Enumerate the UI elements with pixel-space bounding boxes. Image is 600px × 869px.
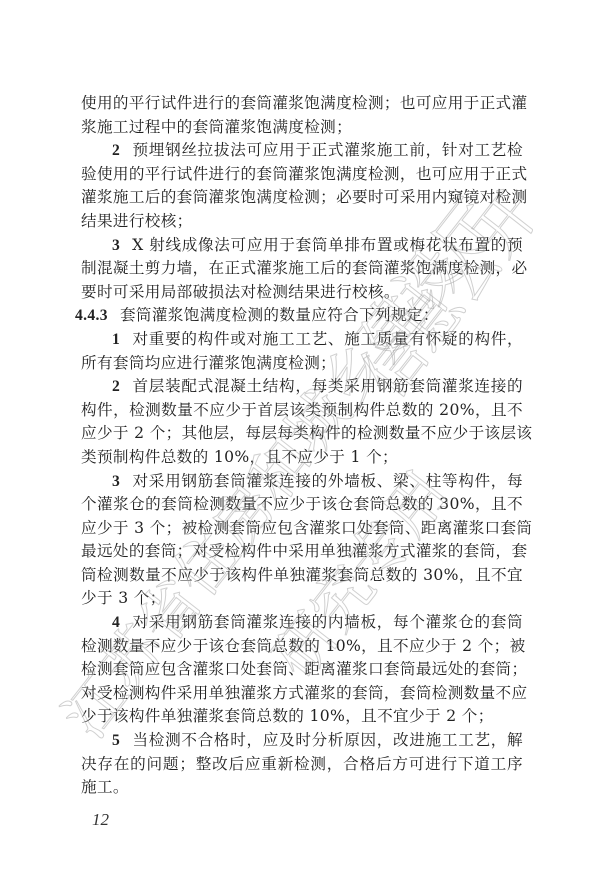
clause-number: 4.4.3 <box>75 307 108 324</box>
item-number: 3 <box>112 473 120 490</box>
text-line: 检测套筒应包含灌浆口处套筒、距离灌浆口套筒最远处的套筒； <box>81 658 523 682</box>
line-text: 浆施工过程中的套筒灌浆饱满度检测； <box>81 118 352 136</box>
line-text: 决存在的问题；整改后应重新检测，合格后方可进行下道工序 <box>81 755 523 773</box>
line-text: 当检测不合格时，应及时分析原因，改进施工工艺，解 <box>132 731 523 749</box>
line-text: 制混凝土剪力墙，在正式灌浆施工后的套筒灌浆饱满度检测，必 <box>81 259 527 277</box>
item-number: 5 <box>112 732 120 749</box>
list-item-start: 4对采用钢筋套筒灌浆连接的内墙板，每个灌浆仓的套筒 <box>81 611 523 635</box>
document-body: 使用的平行试件进行的套筒灌浆饱满度检测；也可应用于正式灌浆施工过程中的套筒灌浆饱… <box>81 92 523 800</box>
text-line: 所有套筒均应进行灌浆饱满度检测； <box>81 352 523 376</box>
text-line: 决存在的问题；整改后应重新检测，合格后方可进行下道工序 <box>81 753 523 777</box>
line-text: 施工。 <box>81 778 129 796</box>
text-line: 构件，检测数量不应少于首层该类预制构件总数的 20%，且不 <box>81 399 523 423</box>
text-line: 灌浆施工后的套筒灌浆饱满度检测；必要时可采用内窥镜对检测 <box>81 186 523 210</box>
item-number: 2 <box>112 378 120 395</box>
line-text: 使用的平行试件进行的套筒灌浆饱满度检测；也可应用于正式灌 <box>81 94 527 112</box>
text-line: 检测数量不应少于该仓套筒总数的 10%，且不应少于 2 个；被 <box>81 635 523 659</box>
line-text: 预埋钢丝拉拔法可应用于正式灌浆施工前，针对工艺检 <box>132 141 523 159</box>
clause-heading: 4.4.3套筒灌浆饱满度检测的数量应符合下列规定： <box>81 304 523 328</box>
line-text: 套筒灌浆饱满度检测的数量应符合下列规定： <box>120 306 439 324</box>
line-text: 对受检测构件采用单独灌浆方式灌浆的套筒，套筒检测数量不应 <box>81 684 527 702</box>
text-line: 个灌浆仓的套筒检测数量不应少于该仓套筒总数的 30%，且不 <box>81 493 523 517</box>
line-text: 应少于 3 个；被检测套筒应包含灌浆口处套筒、距离灌浆口套筒 <box>81 519 532 537</box>
text-line: 少于 3 个； <box>81 587 523 611</box>
list-item-start: 2首层装配式混凝土结构，每类采用钢筋套筒灌浆连接的 <box>81 375 523 399</box>
line-text: 对采用钢筋套筒灌浆连接的内墙板，每个灌浆仓的套筒 <box>132 613 523 631</box>
text-line: 要时可采用局部破损法对检测结果进行校核。 <box>81 281 523 305</box>
list-item-start: 1对重要的构件或对施工工艺、施工质量有怀疑的构件， <box>81 328 523 352</box>
line-text: 检测数量不应少于该仓套筒总数的 10%，且不应少于 2 个；被 <box>81 637 526 655</box>
text-line: 类预制构件总数的 10%，且不应少于 1 个； <box>81 446 523 470</box>
text-line: 施工。 <box>81 776 523 800</box>
line-text: 应少于 2 个；其他层，每层每类构件的检测数量不应少于该层该 <box>81 424 532 442</box>
text-line: 验使用的平行试件进行的套筒灌浆饱满度检测，也可应用于正式 <box>81 163 523 187</box>
line-text: 个灌浆仓的套筒检测数量不应少于该仓套筒总数的 30%，且不 <box>81 495 523 513</box>
line-text: 少于该构件单独灌浆套筒总数的 10%，且不宜少于 2 个； <box>81 707 494 725</box>
list-item-start: 5当检测不合格时，应及时分析原因，改进施工工艺，解 <box>81 729 523 753</box>
line-text: 首层装配式混凝土结构，每类采用钢筋套筒灌浆连接的 <box>132 377 523 395</box>
item-number: 2 <box>112 142 120 159</box>
item-number: 4 <box>112 614 120 631</box>
line-text: 最远处的套筒；对受检构件中采用单独灌浆方式灌浆的套筒，套 <box>81 542 527 560</box>
page-number: 12 <box>92 810 109 830</box>
line-text: 结果进行校核； <box>81 212 193 230</box>
item-number: 1 <box>112 331 120 348</box>
text-line: 制混凝土剪力墙，在正式灌浆施工后的套筒灌浆饱满度检测，必 <box>81 257 523 281</box>
line-text: 对重要的构件或对施工工艺、施工质量有怀疑的构件， <box>132 330 523 348</box>
line-text: 构件，检测数量不应少于首层该类预制构件总数的 20%，且不 <box>81 401 523 419</box>
line-text: 少于 3 个； <box>81 589 166 607</box>
text-line: 使用的平行试件进行的套筒灌浆饱满度检测；也可应用于正式灌 <box>81 92 523 116</box>
text-line: 筒检测数量不应少于该构件单独灌浆套筒总数的 30%，且不宜 <box>81 564 523 588</box>
text-line: 最远处的套筒；对受检构件中采用单独灌浆方式灌浆的套筒，套 <box>81 540 523 564</box>
text-line: 应少于 2 个；其他层，每层每类构件的检测数量不应少于该层该 <box>81 422 523 446</box>
text-line: 浆施工过程中的套筒灌浆饱满度检测； <box>81 116 523 140</box>
line-text: 对采用钢筋套筒灌浆连接的外墙板、梁、柱等构件，每 <box>132 472 523 490</box>
line-text: 所有套筒均应进行灌浆饱满度检测； <box>81 354 336 372</box>
line-text: 筒检测数量不应少于该构件单独灌浆套筒总数的 30%，且不宜 <box>81 566 523 584</box>
line-text: 检测套筒应包含灌浆口处套筒、距离灌浆口套筒最远处的套筒； <box>81 660 527 678</box>
line-text: X 射线成像法可应用于套筒单排布置或梅花状布置的预 <box>132 236 523 254</box>
list-item-start: 3X 射线成像法可应用于套筒单排布置或梅花状布置的预 <box>81 234 523 258</box>
item-number: 3 <box>112 237 120 254</box>
line-text: 要时可采用局部破损法对检测结果进行校核。 <box>81 283 400 301</box>
text-line: 结果进行校核； <box>81 210 523 234</box>
list-item-start: 3对采用钢筋套筒灌浆连接的外墙板、梁、柱等构件，每 <box>81 470 523 494</box>
text-line: 少于该构件单独灌浆套筒总数的 10%，且不宜少于 2 个； <box>81 705 523 729</box>
text-line: 对受检测构件采用单独灌浆方式灌浆的套筒，套筒检测数量不应 <box>81 682 523 706</box>
line-text: 验使用的平行试件进行的套筒灌浆饱满度检测，也可应用于正式 <box>81 165 527 183</box>
line-text: 类预制构件总数的 10%，且不应少于 1 个； <box>81 448 398 466</box>
text-line: 应少于 3 个；被检测套筒应包含灌浆口处套筒、距离灌浆口套筒 <box>81 517 523 541</box>
line-text: 灌浆施工后的套筒灌浆饱满度检测；必要时可采用内窥镜对检测 <box>81 188 527 206</box>
list-item-start: 2预埋钢丝拉拔法可应用于正式灌浆施工前，针对工艺检 <box>81 139 523 163</box>
